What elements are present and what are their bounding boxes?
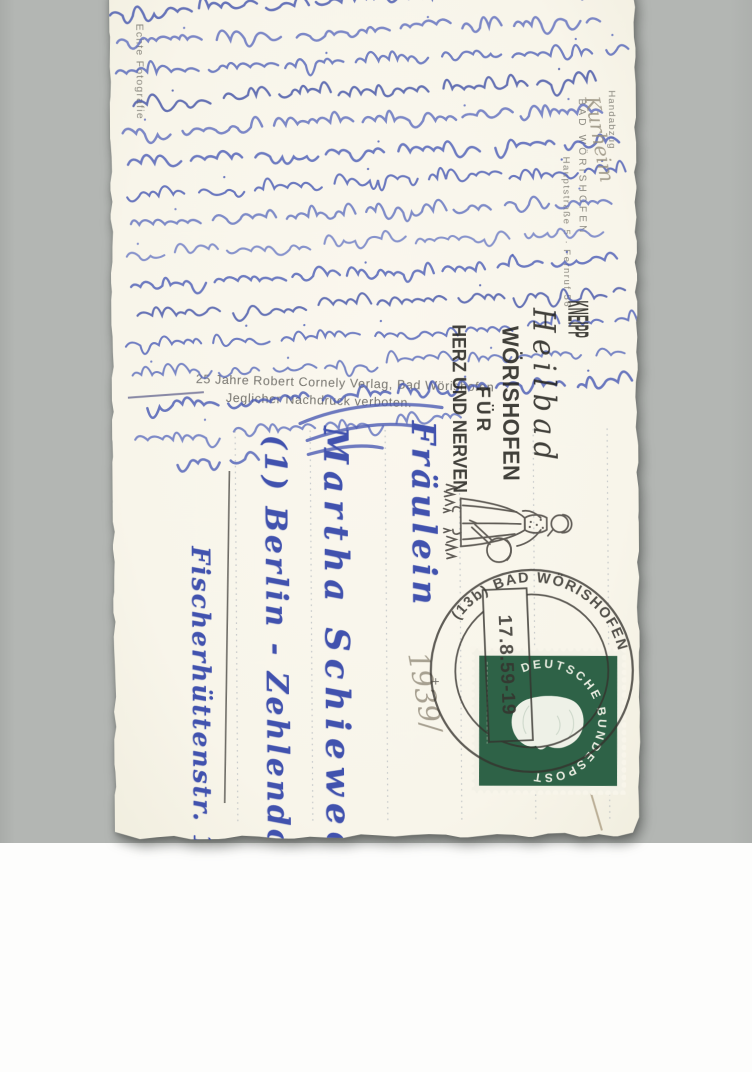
date-stamp-date: 17.8.59-19 xyxy=(494,614,519,716)
postcard: Echte Fotografie BAD WÖRISHOFEN Hauptstr… xyxy=(109,0,641,840)
address-city: (1) Berlin - Zehlendorf xyxy=(259,435,294,887)
slogan-cancel: KNEIPP Heilbad WÖRISHOFEN FÜR HERZ UND N… xyxy=(433,297,595,570)
scan-background-bottom xyxy=(0,843,752,1072)
date-stamp: (13b) BAD WÖRISHOFEN + 17.8.59-19 xyxy=(425,564,638,777)
kneipp-figure-illustration xyxy=(436,478,587,571)
message-underline xyxy=(128,392,204,398)
slogan-line-4: FÜR xyxy=(471,386,493,434)
slogan-line-1: KNEIPP xyxy=(560,300,593,338)
slogan-line-5: HERZ UND NERVEN xyxy=(446,324,470,493)
slogan-line-3: WÖRISHOFEN xyxy=(496,326,524,481)
address-name: Martha Schieweck xyxy=(316,426,355,890)
address-underline xyxy=(222,471,231,803)
postcard-back: Echte Fotografie BAD WÖRISHOFEN Hauptstr… xyxy=(109,0,641,840)
date-stamp-side-mark: + xyxy=(432,674,440,689)
date-stamp-bridge: 17.8.59-19 xyxy=(483,588,533,742)
postcard-scan: Echte Fotografie BAD WÖRISHOFEN Hauptstr… xyxy=(0,0,752,1072)
slogan-line-2: Heilbad xyxy=(525,308,562,467)
